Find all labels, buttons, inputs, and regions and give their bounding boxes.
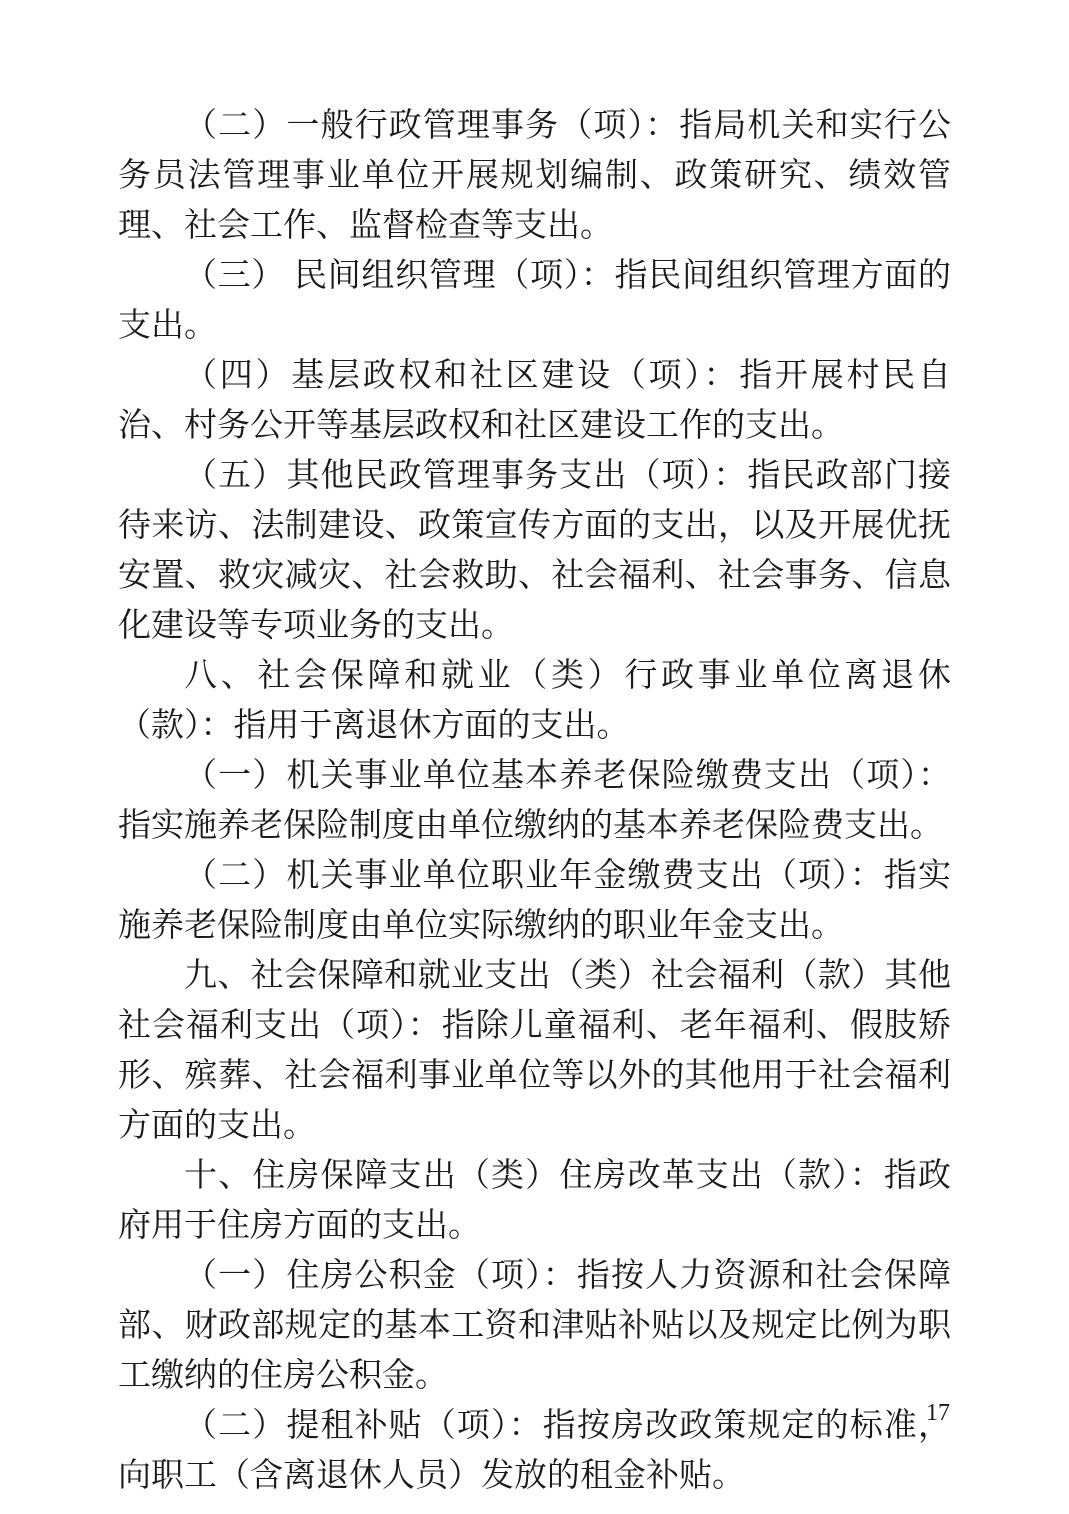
paragraph-item-4-grassroots-community: （四）基层政权和社区建设（项）：指开展村民自治、村务公开等基层政权和社区建设工作… xyxy=(118,351,951,451)
paragraph-section-9-social-welfare: 九、社会保障和就业支出（类）社会福利（款）其他社会福利支出（项）：指除儿童福利、… xyxy=(118,951,951,1151)
paragraph-item-1-housing-fund: （一）住房公积金（项）：指按人力资源和社会保障部、财政部规定的基本工资和津贴补贴… xyxy=(118,1251,951,1401)
document-body: （二）一般行政管理事务（项）：指局机关和实行公务员法管理事业单位开展规划编制、政… xyxy=(118,101,951,1501)
paragraph-item-3-ngo-management: （三） 民间组织管理（项）：指民间组织管理方面的支出。 xyxy=(118,251,951,351)
page-number: 17 xyxy=(918,1398,958,1428)
paragraph-item-2-occupational-annuity: （二）机关事业单位职业年金缴费支出（项）：指实施养老保险制度由单位实际缴纳的职业… xyxy=(118,851,951,951)
paragraph-item-2-general-admin: （二）一般行政管理事务（项）：指局机关和实行公务员法管理事业单位开展规划编制、政… xyxy=(118,101,951,251)
paragraph-section-8-social-security-retirement: 八、社会保障和就业（类）行政事业单位离退休（款）：指用于离退休方面的支出。 xyxy=(118,651,951,751)
document-page: （二）一般行政管理事务（项）：指局机关和实行公务员法管理事业单位开展规划编制、政… xyxy=(0,0,1069,1514)
paragraph-item-5-other-civil-affairs: （五）其他民政管理事务支出（项）：指民政部门接待来访、法制建设、政策宣传方面的支… xyxy=(118,451,951,651)
paragraph-item-1-basic-pension: （一）机关事业单位基本养老保险缴费支出（项）：指实施养老保险制度由单位缴纳的基本… xyxy=(118,751,951,851)
paragraph-section-10-housing-security: 十、住房保障支出（类）住房改革支出（款）：指政府用于住房方面的支出。 xyxy=(118,1151,951,1251)
paragraph-item-2-rent-subsidy: （二）提租补贴（项）：指按房改政策规定的标准，向职工（含离退休人员）发放的租金补… xyxy=(118,1401,951,1501)
